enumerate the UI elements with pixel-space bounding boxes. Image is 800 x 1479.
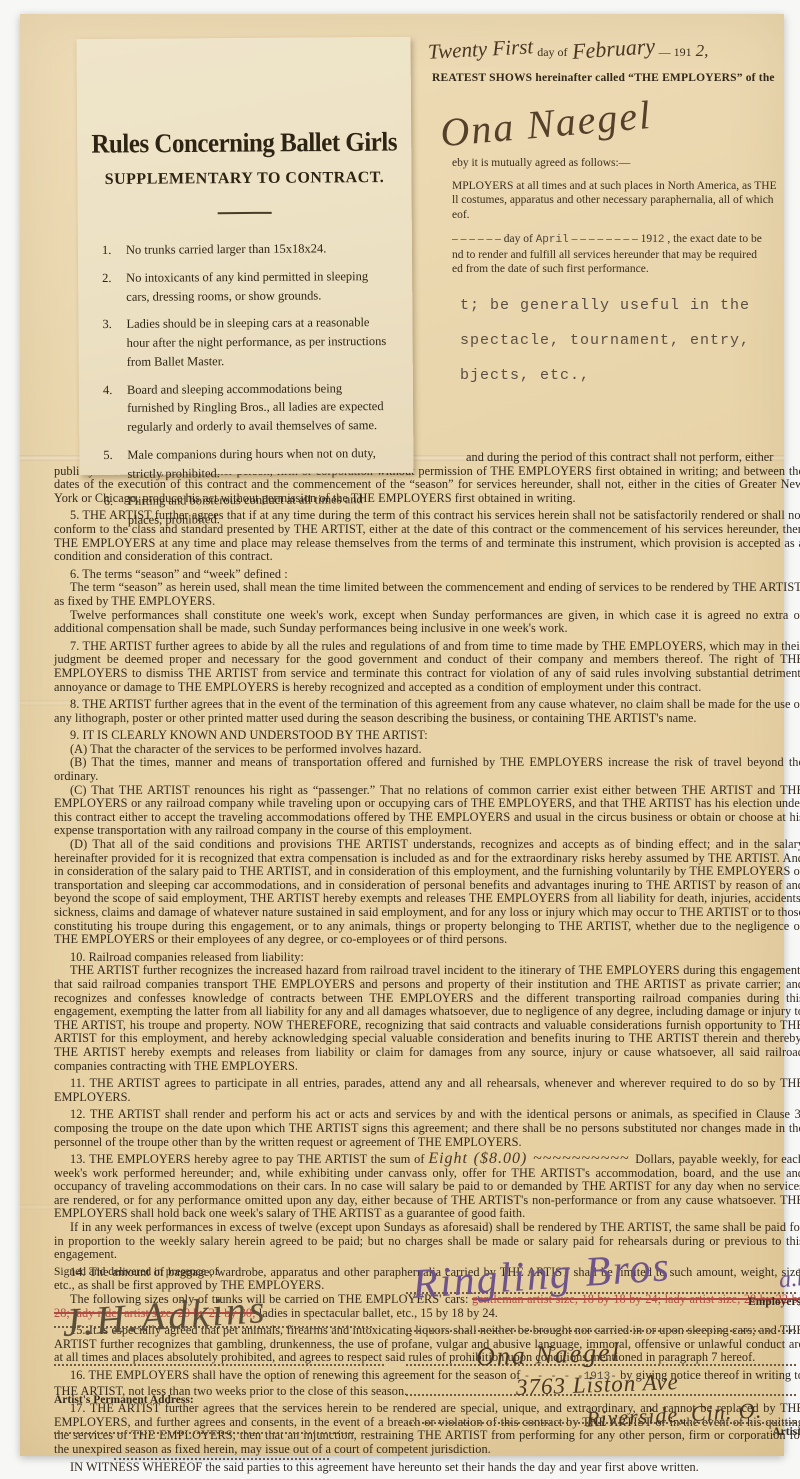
rule-number: 2. (102, 269, 126, 307)
clause-8: 8. THE ARTIST further agrees that in the… (54, 698, 800, 725)
clipped-line: nd to render and fulfill all services he… (452, 248, 800, 263)
clause-11: 11. THE ARTIST agrees to participate in … (54, 1077, 800, 1104)
clause-6-head: 6. The terms “season” and “week” defined… (54, 568, 800, 582)
printed-year: — 191 (659, 45, 692, 59)
printed-day-of: day of (537, 45, 567, 59)
printed-text: , the exact date to be (664, 233, 761, 245)
rule-text: Board and sleeping accommodations being … (127, 378, 391, 436)
rule-item: 6. Flirting and boisterous conduct at al… (104, 490, 392, 530)
rules-card-title: Rules Concerning Ballet Girls (77, 128, 411, 161)
artist-signature: Ona Naegel (476, 1337, 622, 1372)
clause-7: 7. THE ARTIST further agrees to abide by… (54, 640, 800, 694)
clause-9c: (C) That THE ARTIST renounces his right … (54, 784, 800, 838)
typed-duty-line: bjects, etc., (460, 358, 750, 393)
rule-text: Ladies should be in sleeping cars at a r… (126, 313, 390, 371)
rule-item: 5. Male companions during hours when not… (103, 444, 391, 484)
clause-9a: (A) That the character of the services t… (54, 743, 800, 757)
clause-13b: If in any week performances in excess of… (54, 1221, 800, 1262)
blank-line (54, 1364, 384, 1366)
printed-dashes: – – – – – – – – 191 (569, 233, 658, 245)
typed-duties-block: t; be generally useful in the spectacle,… (460, 288, 750, 393)
typed-month: April (536, 234, 569, 246)
rule-item: 2. No intoxicants of any kind permitted … (102, 267, 390, 307)
clipped-line: eby it is mutually agreed as follows:— (452, 156, 800, 171)
clause-6b: Twelve performances shall constitute one… (54, 609, 800, 636)
blank-line (114, 1458, 329, 1460)
clause-6a: The term “season” as herein used, shall … (54, 581, 800, 608)
clause-10: THE ARTIST further recognizes the increa… (54, 964, 800, 1073)
clause-13-pre: 13. THE EMPLOYERS hereby agree to pay TH… (70, 1152, 428, 1166)
contract-sheet: This Agreement made and entered into thi… (20, 14, 784, 1456)
clause-9d: (D) That all of the said conditions and … (54, 838, 800, 947)
rules-card-subtitle: SUPPLEMENTARY TO CONTRACT. (77, 169, 411, 189)
first-performance-date-line: – – – – – – day of April – – – – – – – –… (452, 232, 800, 248)
witness-signature: J.H.Adkins (61, 1285, 269, 1346)
handwritten-month: February (571, 33, 656, 65)
clause-12: 12. THE ARTIST shall render and perform … (54, 1108, 800, 1149)
rule-item: 3. Ladies should be in sleeping cars at … (102, 313, 390, 371)
artist-address-street: 3763 Liston Ave (516, 1369, 680, 1401)
typed-duty-line: spectacle, tournament, entry, (460, 323, 750, 358)
clipped-contract-lines: eby it is mutually agreed as follows:— M… (452, 156, 800, 277)
clause-9-head: 9. IT IS CLEARLY KNOWN AND UNDERSTOOD BY… (54, 729, 800, 743)
handwritten-year-digit: 2, (696, 41, 709, 60)
rule-text: No intoxicants of any kind permitted in … (126, 267, 390, 306)
handwritten-squiggle: ~~~~~~~~~~ (527, 1150, 635, 1167)
handwritten-day: Twenty First (427, 34, 533, 64)
artist-name-signature-top: Ona Naegel (438, 91, 653, 156)
contract-date-line: Twenty First day of February — 191 2, (428, 36, 708, 62)
blank-line (54, 1432, 354, 1434)
rule-item: 1. No trunks carried larger than 15x18x2… (102, 239, 390, 260)
rule-number: 6. (104, 492, 128, 530)
rule-number: 3. (102, 315, 126, 371)
rule-text: Flirting and boisterous conduct at all t… (128, 490, 392, 529)
clause-10-head: 10. Railroad companies released from lia… (54, 951, 800, 965)
clause-13: 13. THE EMPLOYERS hereby agree to pay TH… (54, 1153, 800, 1221)
employers-header-line: REATEST SHOWS hereinafter called “THE EM… (432, 72, 775, 84)
rule-number: 5. (103, 446, 127, 484)
printed-dashes: – – – – – – day of (452, 233, 536, 245)
address-label: Artist's Permanent Address: (54, 1394, 406, 1406)
blank-line (406, 1330, 796, 1332)
handwritten-salary: Eight ($8.00) (428, 1150, 527, 1167)
rules-card: Rules Concerning Ballet Girls SUPPLEMENT… (76, 37, 413, 475)
rule-number: 1. (102, 241, 126, 260)
rules-list: 1. No trunks carried larger than 15x18x2… (102, 239, 392, 530)
parties-column: Ringling Bros a.k Employers. Ona Naegel … (406, 1266, 800, 1460)
rule-number: 4. (103, 380, 127, 436)
clipped-line: MPLOYERS at all times and at such places… (452, 179, 800, 194)
signature-section: Signed and delivered in presence of J.H.… (54, 1266, 800, 1460)
rule-text: Male companions during hours when not on… (127, 444, 391, 483)
typed-duty-line: t; be generally useful in the (460, 288, 750, 323)
clipped-line: ll costumes, apparatus and other necessa… (452, 193, 800, 208)
rule-text: No trunks carried larger than 15x18x24. (126, 239, 390, 260)
witness-clause: IN WITNESS WHEREOF the said parties to t… (54, 1461, 800, 1475)
clause-9b: (B) That the times, manner and means of … (54, 756, 800, 783)
witness-column: Signed and delivered in presence of J.H.… (54, 1266, 406, 1460)
clause-4-fragment: and during the period of this contract s… (466, 451, 800, 465)
clipped-line: eof. (452, 208, 800, 223)
clipped-line: ed from the date of such first performan… (452, 262, 800, 277)
rule-item: 4. Board and sleeping accommodations bei… (103, 378, 391, 436)
presence-label: Signed and delivered in presence of (54, 1266, 406, 1278)
rules-card-divider (218, 212, 272, 214)
employers-initials: a.k (778, 1265, 800, 1295)
